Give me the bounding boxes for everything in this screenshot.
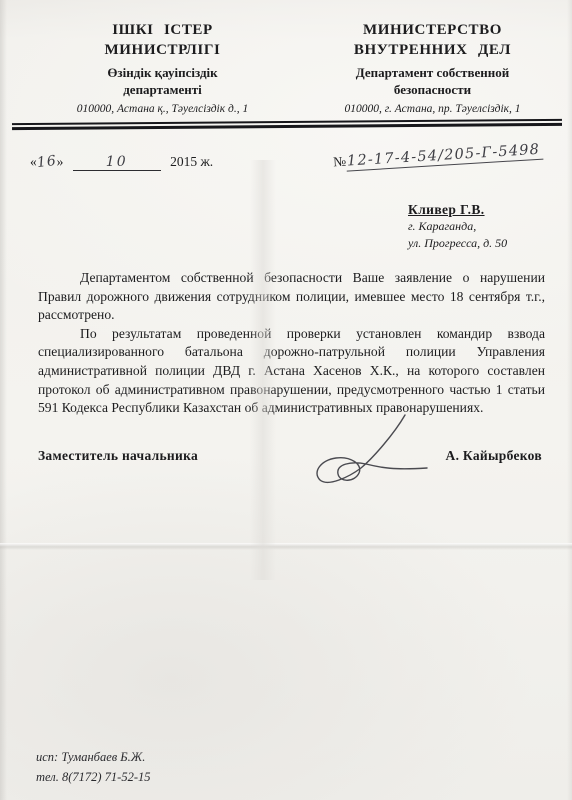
executor-phone: тел. 8(7172) 71-52-15: [36, 767, 151, 787]
document-page: ІШКІ ІСТЕР МИНИСТРЛІГІ Өзіндік қауіпсізд…: [0, 0, 572, 800]
signer-position: Заместитель начальника: [38, 448, 198, 464]
org-subtitle-line: департаменті: [30, 81, 295, 98]
handwritten-signature-icon: [306, 412, 432, 500]
letterhead-org-kazakh: ІШКІ ІСТЕР МИНИСТРЛІГІ Өзіндік қауіпсізд…: [30, 20, 295, 115]
document-number: №12-17-4-54/205-Г-5498: [333, 142, 544, 171]
letterhead-divider: [12, 119, 562, 130]
org-title-line: ІШКІ ІСТЕР: [30, 20, 295, 40]
org-subtitle-line: безопасности: [310, 81, 555, 98]
addressee-city: г. Караганда,: [408, 218, 507, 235]
org-title-line: МИНИСТРЛІГІ: [30, 40, 295, 60]
document-date: «16» 10 2015 ж.: [30, 154, 213, 171]
month-blank-line: 10: [73, 154, 161, 171]
addressee-name: Кливер Г.В.: [408, 202, 507, 218]
body-paragraph: Департаментом собственной безопасности В…: [38, 269, 545, 325]
year-label: 2015 ж.: [170, 154, 213, 169]
letter-body: Департаментом собственной безопасности В…: [38, 269, 545, 418]
handwritten-day: 16: [36, 153, 58, 171]
executor-block: исп: Туманбаев Б.Ж. тел. 8(7172) 71-52-1…: [36, 747, 151, 787]
org-title-line: МИНИСТЕРСТВО: [310, 20, 555, 40]
handwritten-month: 10: [106, 154, 128, 170]
org-subtitle-line: Департамент собственной: [310, 64, 555, 81]
addressee-block: Кливер Г.В. г. Караганда, ул. Прогресса,…: [408, 202, 507, 251]
letterhead-org-russian: МИНИСТЕРСТВО ВНУТРЕННИХ ДЕЛ Департамент …: [310, 20, 555, 115]
addressee-street: ул. Прогресса, д. 50: [408, 235, 507, 252]
signer-name: А. Кайырбеков: [446, 448, 542, 464]
body-paragraph: По результатам проведенной проверки уста…: [38, 325, 545, 418]
paper-fold-crease: [0, 543, 572, 550]
executor-name: исп: Туманбаев Б.Ж.: [36, 747, 151, 767]
org-address: 010000, Астана қ., Тәуелсіздік д., 1: [30, 103, 295, 115]
handwritten-number: 12-17-4-54/205-Г-5498: [346, 142, 544, 172]
org-address: 010000, г. Астана, пр. Тәуелсіздік, 1: [310, 103, 555, 115]
number-sign: №: [333, 154, 347, 170]
org-title-line: ВНУТРЕННИХ ДЕЛ: [310, 40, 555, 60]
date-and-number-row: «16» 10 2015 ж. №12-17-4-54/205-Г-5498: [30, 146, 558, 186]
org-subtitle-line: Өзіндік қауіпсіздік: [30, 64, 295, 81]
